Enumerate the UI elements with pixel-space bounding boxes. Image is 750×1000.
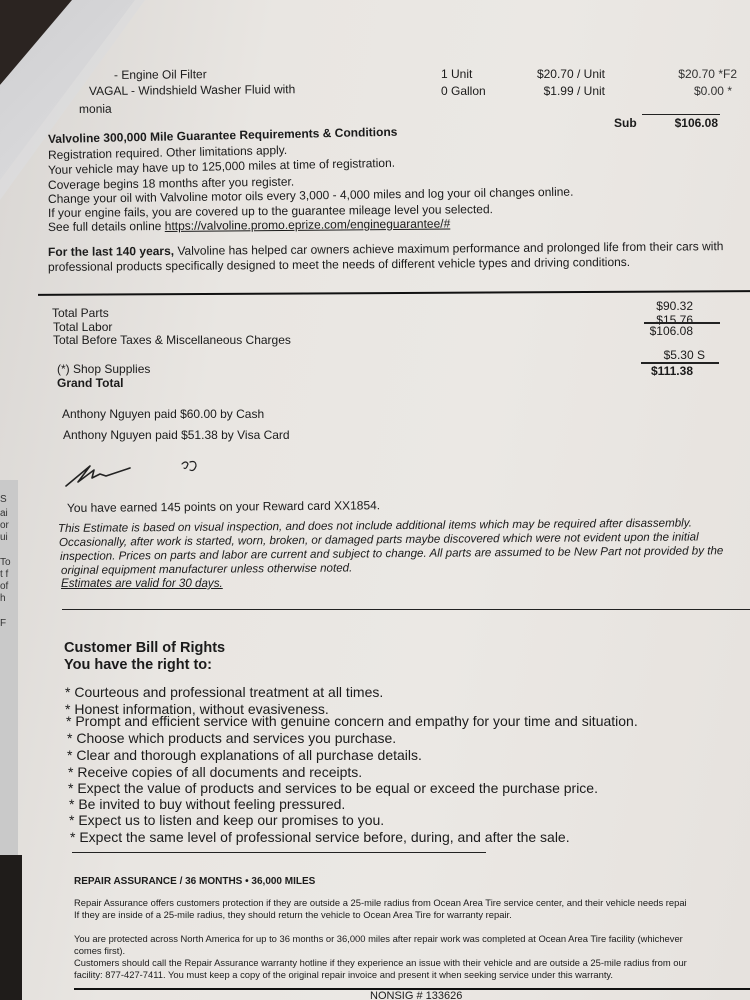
line-item-description: VAGAL - Windshield Washer Fluid with [89,82,295,98]
line-item-unit-price: $1.99 / Unit [544,84,605,98]
subtotal-label: Sub [614,116,637,130]
subtotal-rule [642,114,720,115]
right-item: * Expect the same level of professional … [70,829,570,845]
right-item: * Receive copies of all documents and re… [68,764,362,780]
right-item: * Be invited to buy without feeling pres… [69,796,345,812]
bill-of-rights-subtitle: You have the right to: [64,657,212,673]
right-item: * Prompt and efficient service with genu… [66,713,638,729]
line-item-unit-price: $20.70 / Unit [537,67,605,81]
underlying-fragment: S [0,494,7,505]
background-surface-bottom [0,855,22,1000]
right-item: * Choose which products and services you… [67,730,396,746]
line-item-amount: $20.70 *F2 [678,67,737,81]
reward-points-message: You have earned 145 points on your Rewar… [67,498,380,515]
total-parts-label: Total Parts [52,306,109,320]
bill-of-rights-title: Customer Bill of Rights [64,640,225,656]
line-item-quantity: 0 Gallon [441,84,486,98]
repair-assurance-title: REPAIR ASSURANCE / 36 MONTHS • 36,000 MI… [74,876,315,887]
before-tax-value: $106.08 [650,324,693,338]
shop-supplies-value: $5.30 S [664,348,705,362]
grand-total-value: $111.38 [651,364,693,378]
section-divider [62,609,750,610]
guarantee-details-link[interactable]: https://valvoline.promo.eprize.com/engin… [165,216,451,232]
guarantee-details-prefix: See full details online [48,219,165,234]
right-item: * Clear and thorough explanations of all… [67,747,422,763]
line-item-description-continued: monia [79,102,112,116]
repair-assurance-text: comes first). [74,945,125,956]
repair-assurance-text: Customers should call the Repair Assuran… [74,957,687,968]
section-divider [72,852,486,853]
before-tax-label: Total Before Taxes & Miscellaneous Charg… [53,333,291,347]
nonsig-number: NONSIG # 133626 [370,990,462,1000]
underlying-fragment: ai [0,508,8,519]
right-item: * Expect us to listen and keep our promi… [69,812,384,828]
line-item-description: - Engine Oil Filter [114,67,207,82]
estimate-validity: Estimates are valid for 30 days. [61,577,223,590]
underlying-fragment: To [0,557,11,568]
grand-total-label: Grand Total [57,376,123,390]
payment-line: Anthony Nguyen paid $60.00 by Cash [62,407,264,421]
line-item-quantity: 1 Unit [441,67,472,81]
underlying-fragment: h [0,593,6,604]
total-labor-label: Total Labor [53,320,112,334]
payment-line: Anthony Nguyen paid $51.38 by Visa Card [63,428,290,442]
subtotal-value: $106.08 [675,116,718,130]
repair-assurance-text: facility: 877-427-7411. You must keep a … [74,969,613,980]
shop-supplies-label: (*) Shop Supplies [57,362,150,376]
disclaimer-line: original equipment manufacturer unless o… [61,561,352,577]
promo-bold: For the last 140 years, [48,244,174,259]
line-item-amount: $0.00 * [694,84,732,98]
repair-assurance-text: Repair Assurance offers customers protec… [74,897,687,908]
underlying-fragment: of [0,581,8,592]
underlying-fragment: t f [0,569,8,580]
repair-assurance-text: You are protected across North America f… [74,933,683,944]
total-parts-value: $90.32 [656,299,693,313]
underlying-fragment: ui [0,532,8,543]
repair-assurance-text: If they are inside of a 25-mile radius, … [74,909,512,920]
right-item: * Courteous and professional treatment a… [65,684,383,700]
customer-signature [64,456,224,492]
underlying-fragment: F [0,618,6,629]
right-item: * Expect the value of products and servi… [68,780,598,796]
underlying-fragment: or [0,520,9,531]
